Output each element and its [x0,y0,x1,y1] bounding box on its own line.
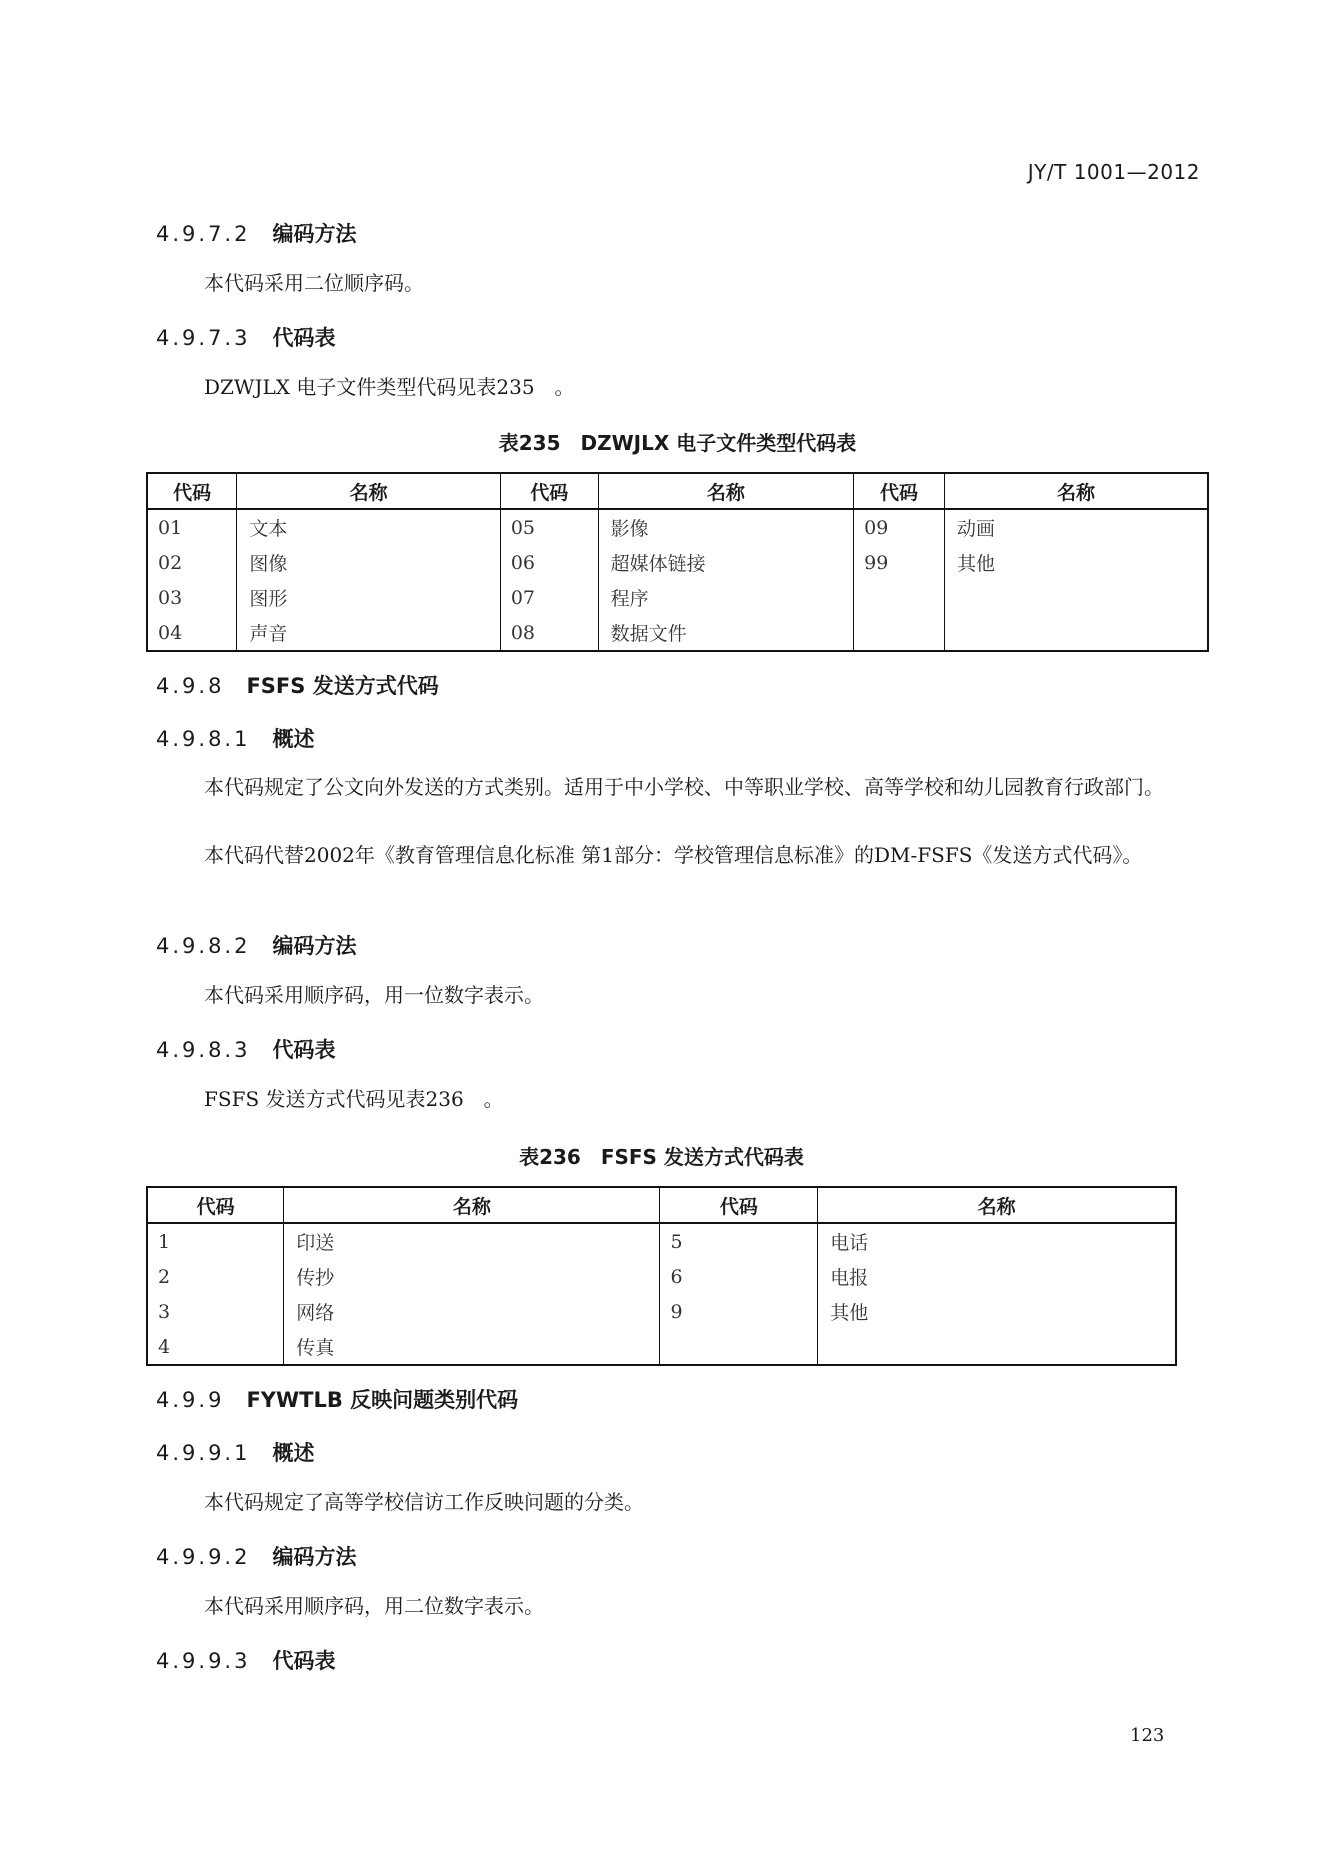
code-cell: 99 [854,545,945,580]
name-cell [944,615,1208,651]
column-header: 名称 [284,1187,660,1223]
code-cell: 9 [660,1294,818,1329]
table-row: 1 印送 5 电话 [147,1223,1176,1259]
code-cell: 01 [147,509,237,545]
section-heading-4-9-7-3: 4.9.7.3代码表 [156,322,335,352]
name-cell: 传真 [284,1329,660,1365]
paragraph: FSFS 发送方式代码见表236 。 [156,1082,1201,1116]
name-cell: 数据文件 [598,615,853,651]
code-cell: 1 [147,1223,284,1259]
paragraph: 本代码采用顺序码，用二位数字表示。 [156,1589,1201,1623]
section-heading-4-9-9-1: 4.9.9.1概述 [156,1437,314,1467]
page-number: 123 [1130,1725,1164,1746]
section-title: 代码表 [272,1038,335,1062]
column-header: 名称 [818,1187,1176,1223]
name-cell: 传抄 [284,1259,660,1294]
name-cell: 电报 [818,1259,1176,1294]
section-number: 4.9.9.2 [156,1545,250,1569]
column-header: 名称 [598,473,853,509]
section-number: 4.9.9.1 [156,1441,250,1465]
section-title: 编码方法 [272,934,356,958]
code-cell: 03 [147,580,237,615]
code-table-236: 代码 名称 代码 名称 1 印送 5 电话 2 传抄 6 电报 3 网络 9 其… [146,1186,1177,1366]
column-header: 名称 [944,473,1208,509]
column-header: 代码 [147,473,237,509]
code-cell [854,580,945,615]
code-cell: 05 [500,509,598,545]
paragraph: 本代码规定了公文向外发送的方式类别。适用于中小学校、中等职业学校、高等学校和幼儿… [156,770,1201,804]
section-heading-4-9-9-3: 4.9.9.3代码表 [156,1645,335,1675]
section-heading-4-9-8: 4.9.8FSFS 发送方式代码 [156,670,439,700]
table-row: 04 声音 08 数据文件 [147,615,1208,651]
name-cell: 其他 [818,1294,1176,1329]
code-cell: 4 [147,1329,284,1365]
section-title: 概述 [272,1441,314,1465]
paragraph: 本代码采用二位顺序码。 [156,266,1201,300]
code-cell: 04 [147,615,237,651]
name-cell: 图像 [237,545,500,580]
standard-code: JY/T 1001—2012 [1020,160,1200,184]
section-number: 4.9.7.2 [156,222,250,246]
code-cell: 02 [147,545,237,580]
table-row: 3 网络 9 其他 [147,1294,1176,1329]
name-cell: 其他 [944,545,1208,580]
section-number: 4.9.9.3 [156,1649,250,1673]
section-title: 编码方法 [272,222,356,246]
column-header: 代码 [147,1187,284,1223]
section-heading-4-9-8-3: 4.9.8.3代码表 [156,1034,335,1064]
section-title: 编码方法 [272,1545,356,1569]
section-title: FYWTLB 反映问题类别代码 [246,1388,518,1412]
column-header: 代码 [854,473,945,509]
table-row: 01 文本 05 影像 09 动画 [147,509,1208,545]
code-cell: 2 [147,1259,284,1294]
code-cell: 3 [147,1294,284,1329]
paragraph: DZWJLX 电子文件类型代码见表235 。 [156,370,1201,404]
paragraph: 本代码代替2002年《教育管理信息化标准 第1部分：学校管理信息标准》的DM-F… [156,838,1201,872]
code-cell: 6 [660,1259,818,1294]
section-heading-4-9-8-1: 4.9.8.1概述 [156,723,314,753]
column-header: 代码 [660,1187,818,1223]
code-cell: 5 [660,1223,818,1259]
section-heading-4-9-9-2: 4.9.9.2编码方法 [156,1541,356,1571]
name-cell: 程序 [598,580,853,615]
section-title: 概述 [272,727,314,751]
code-table-235: 代码 名称 代码 名称 代码 名称 01 文本 05 影像 09 动画 02 图… [146,472,1209,652]
table-row: 02 图像 06 超媒体链接 99 其他 [147,545,1208,580]
section-number: 4.9.9 [156,1388,224,1412]
name-cell: 声音 [237,615,500,651]
table-row: 2 传抄 6 电报 [147,1259,1176,1294]
name-cell: 影像 [598,509,853,545]
section-number: 4.9.8.3 [156,1038,250,1062]
code-cell: 06 [500,545,598,580]
table-row: 03 图形 07 程序 [147,580,1208,615]
name-cell: 印送 [284,1223,660,1259]
code-cell: 09 [854,509,945,545]
code-cell: 08 [500,615,598,651]
paragraph: 本代码规定了高等学校信访工作反映问题的分类。 [156,1485,1201,1519]
section-heading-4-9-8-2: 4.9.8.2编码方法 [156,930,356,960]
section-number: 4.9.8.1 [156,727,250,751]
name-cell: 超媒体链接 [598,545,853,580]
section-title: FSFS 发送方式代码 [246,674,438,698]
section-title: 代码表 [272,326,335,350]
code-cell: 07 [500,580,598,615]
section-heading-4-9-9: 4.9.9FYWTLB 反映问题类别代码 [156,1384,518,1414]
code-cell [854,615,945,651]
paragraph: 本代码采用顺序码，用一位数字表示。 [156,978,1201,1012]
name-cell: 动画 [944,509,1208,545]
table-caption-235: 表235 DZWJLX 电子文件类型代码表 [146,427,1209,456]
name-cell: 图形 [237,580,500,615]
section-title: 代码表 [272,1649,335,1673]
name-cell: 网络 [284,1294,660,1329]
table-header-row: 代码 名称 代码 名称 [147,1187,1176,1223]
section-heading-4-9-7-2: 4.9.7.2编码方法 [156,218,356,248]
section-number: 4.9.8 [156,674,224,698]
section-number: 4.9.8.2 [156,934,250,958]
name-cell: 电话 [818,1223,1176,1259]
name-cell [818,1329,1176,1365]
column-header: 代码 [500,473,598,509]
name-cell [944,580,1208,615]
section-number: 4.9.7.3 [156,326,250,350]
code-cell [660,1329,818,1365]
table-header-row: 代码 名称 代码 名称 代码 名称 [147,473,1208,509]
table-row: 4 传真 [147,1329,1176,1365]
table-caption-236: 表236 FSFS 发送方式代码表 [146,1141,1177,1170]
column-header: 名称 [237,473,500,509]
name-cell: 文本 [237,509,500,545]
